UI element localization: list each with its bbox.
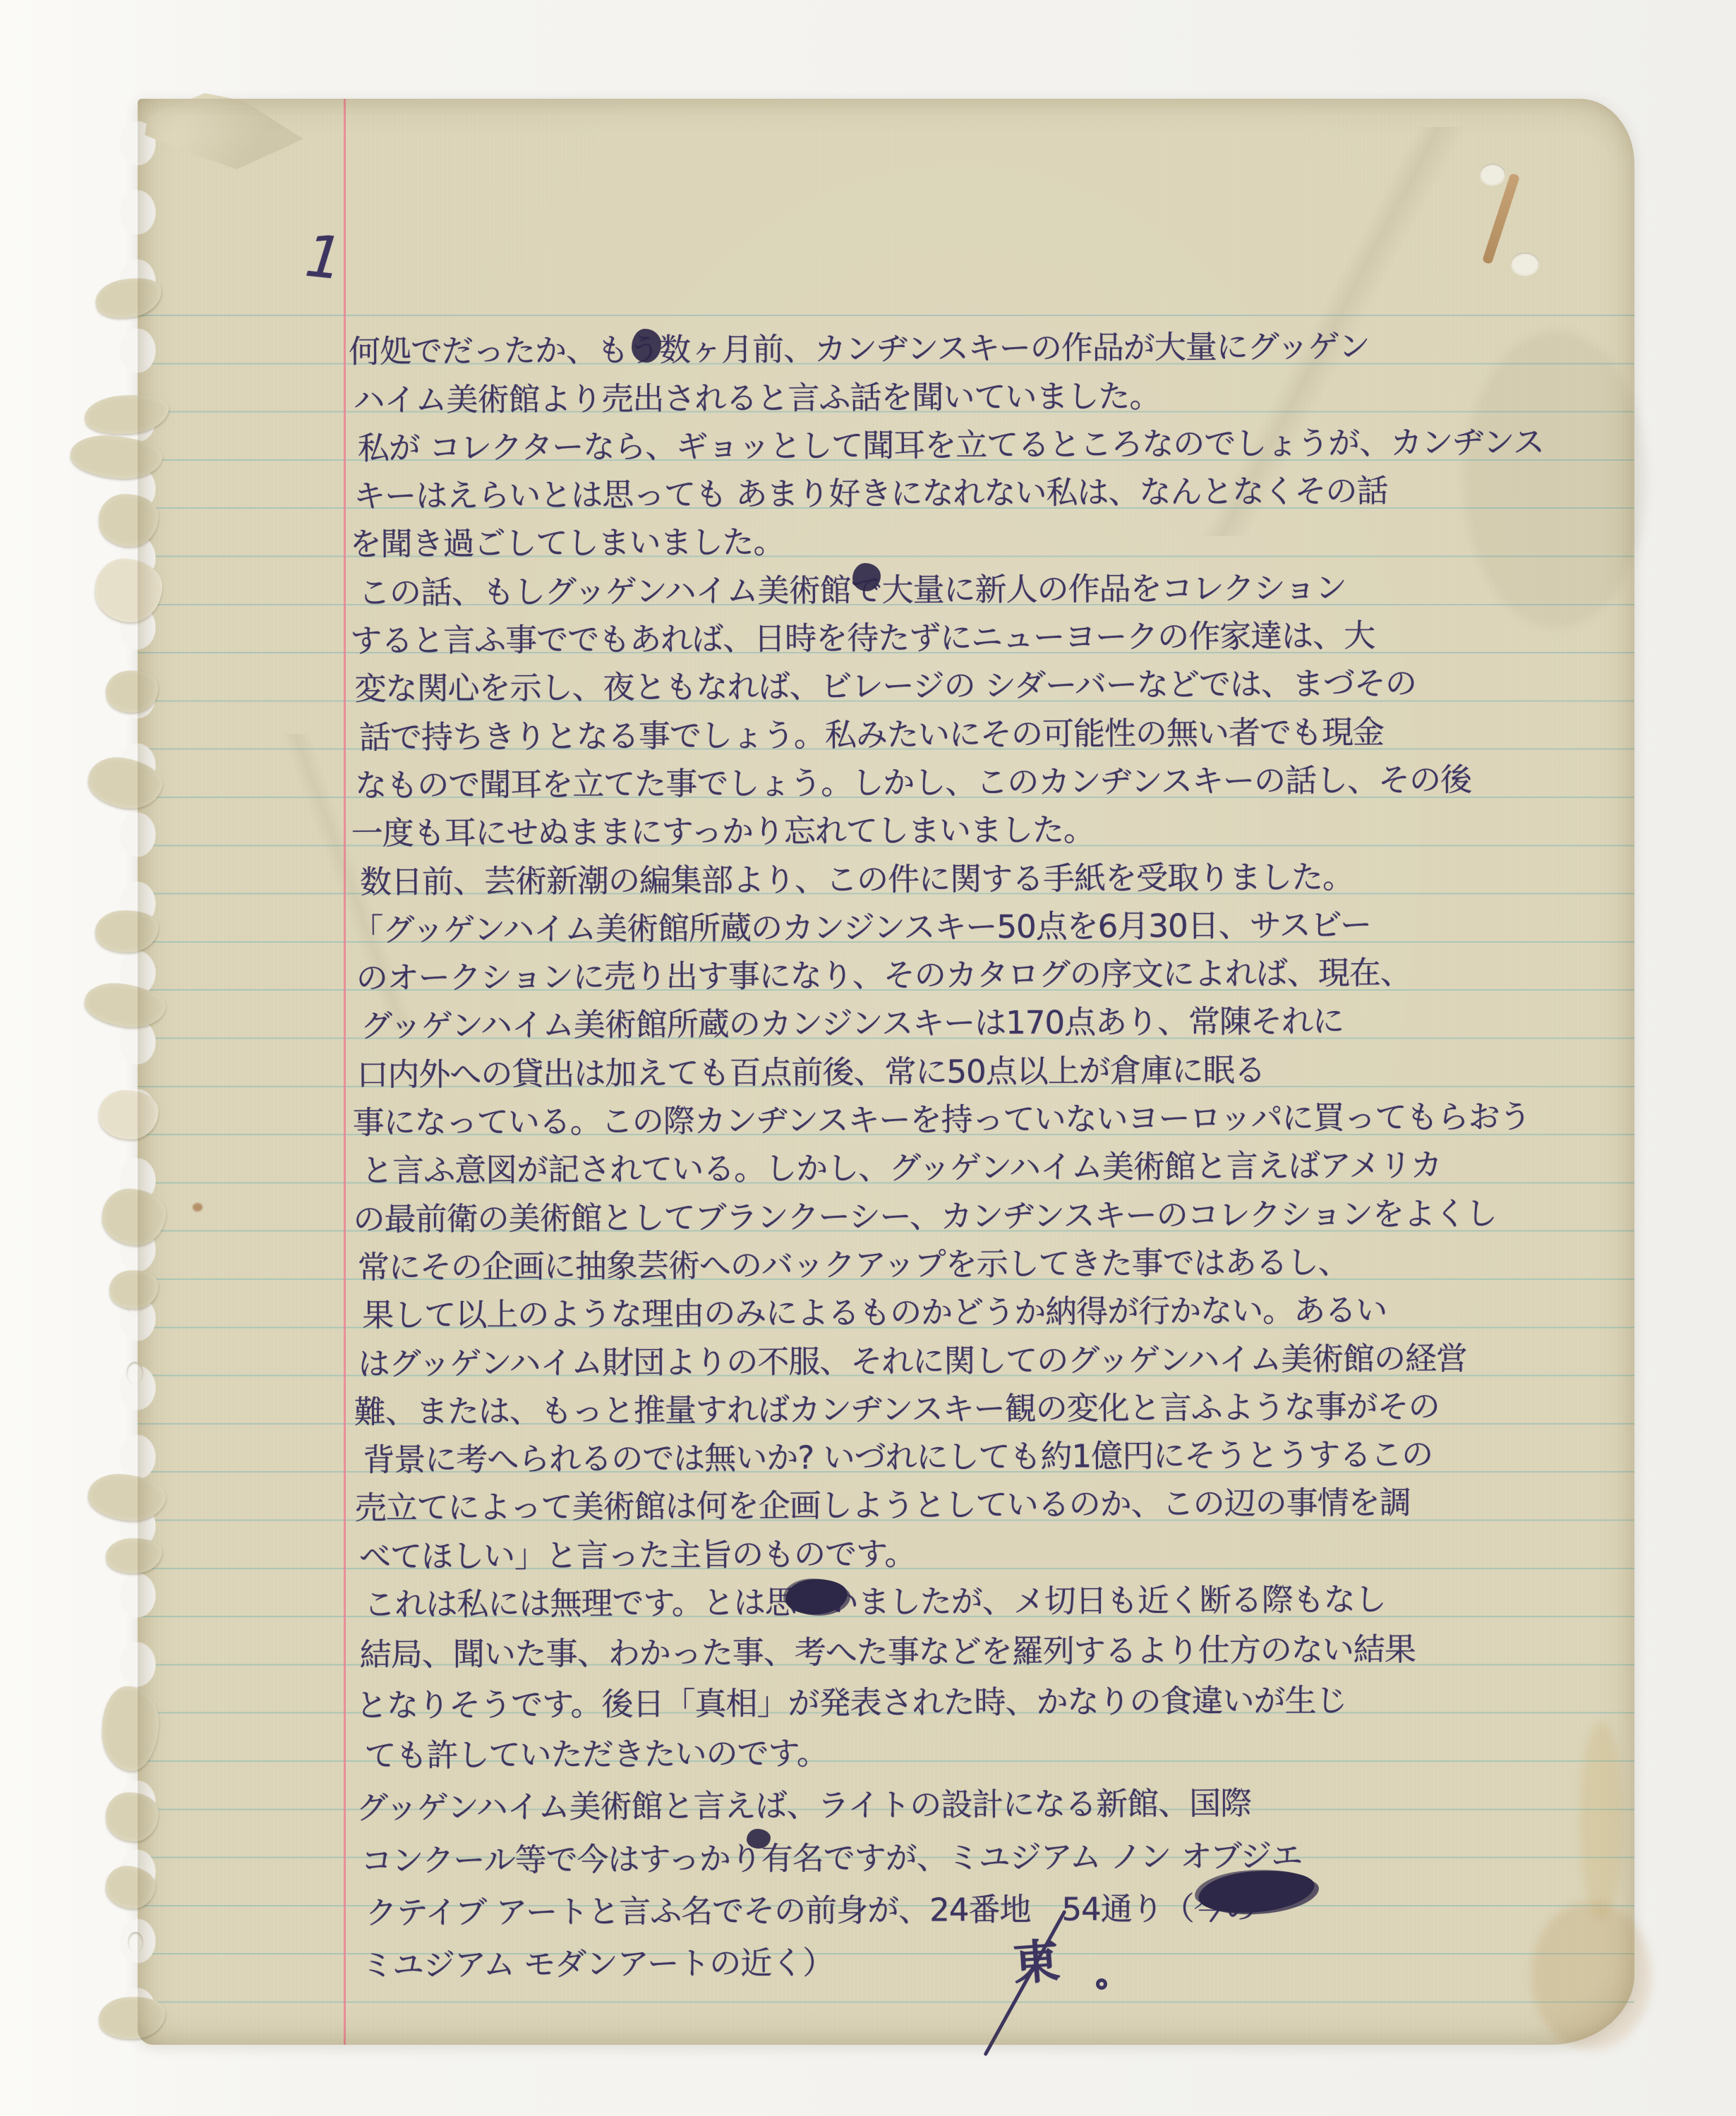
text-line: この話、もしグッゲンハイム美術館で大量に新人の作品をコレクション [358,554,1627,609]
staple-hole [1480,164,1505,185]
text-line: グッゲンハイム美術館と言えば、ライトの設計になる新館、国際 [356,1769,1634,1824]
text-line: 結局、聞いた事、わかった事、考へた事などを羅列するより仕方のない結果 [360,1616,1633,1671]
text-line: べてほしい」と言った主旨のものです。 [359,1518,1632,1573]
text-line: 何処でだったか、もう数ヶ月前、カンヂンスキーの作品が大量にグッゲン [349,313,1626,368]
rusted-staple-mark [1482,173,1520,265]
binder-hole [126,1362,143,1384]
handwritten-text: 何処でだったか、もう数ヶ月前、カンヂンスキーの作品が大量にグッゲンハイム美術館よ… [349,313,1634,1981]
insertion-char: 東 [1011,1923,1061,1993]
text-line: となりそうです。後日「真相」が発表された時、かなりの食違いが生じ [356,1667,1633,1722]
text-line: ても許していただきたいのです。 [364,1717,1633,1772]
text-line: コンクール等で今はすっかり有名ですが、ミユジアム ノン オブジエ [361,1821,1634,1876]
page-number: 1 [302,223,346,294]
staple-hole [1511,253,1539,275]
binder-hole [128,1932,143,1953]
scanned-document: 1 何処でだったか、もう数ヶ月前、カンヂンスキーの作品が大量にグッゲンハイム美術… [0,0,1736,2116]
text-line: 口内外への貸出は加えても百点前後、常に50点以上が倉庫に眠る [356,1036,1629,1091]
text-line: クテイブ アートと言ふ名でその前身が、24番地 54通り（今の [365,1874,1634,1929]
text-line: ミユジアム モダンアートの近く） [361,1926,1634,1981]
ink-period [1096,1978,1107,1990]
folded-corner-flap [145,93,303,169]
paper-sheet: 1 何処でだったか、もう数ヶ月前、カンヂンスキーの作品が大量にグッゲンハイム美術… [138,99,1634,2045]
margin-line [344,99,346,2045]
text-line: 話で持ちきりとなる事でしょう。私みたいにその可能性の無い者でも現金 [359,699,1628,754]
